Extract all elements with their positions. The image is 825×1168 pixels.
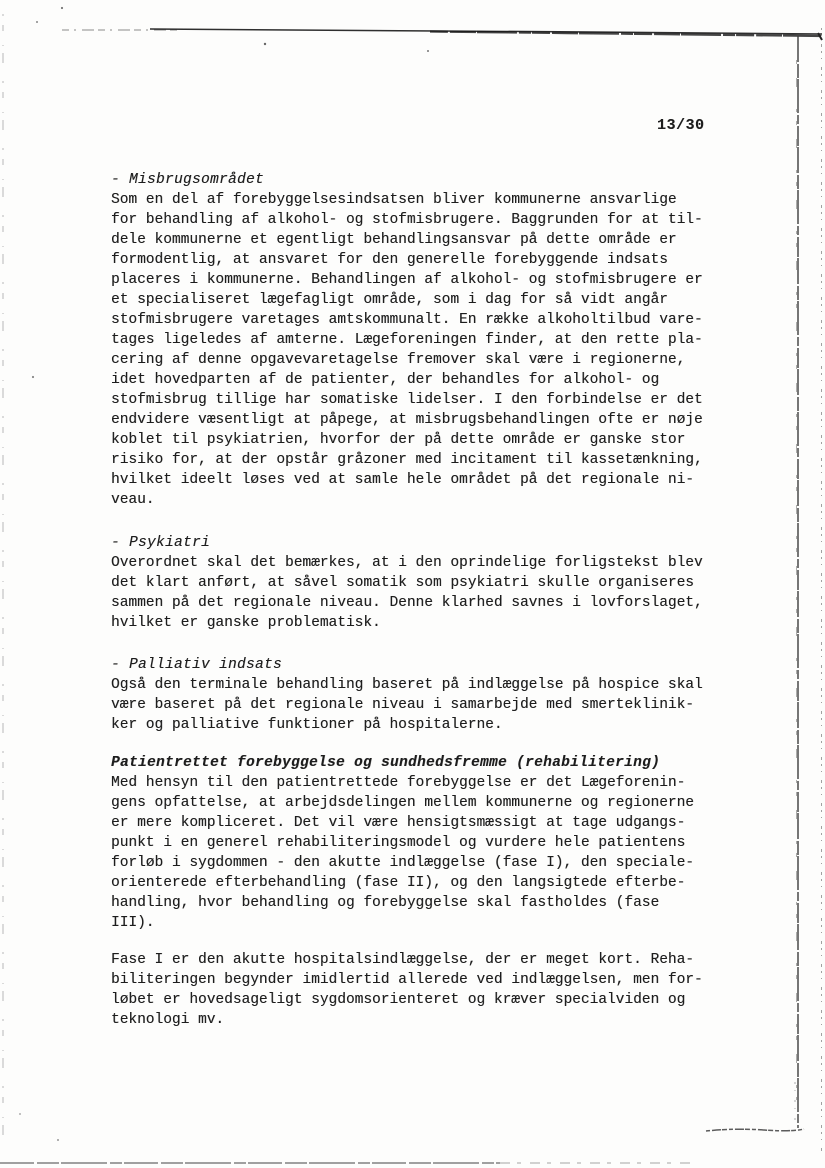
letter-body: - Misbrugsområdet Som en del af forebygg… (111, 170, 736, 1030)
section-fase-1: Fase I er den akutte hospitalsindlæggels… (111, 950, 736, 1030)
scan-speck (57, 1139, 59, 1141)
section-text-fase-1: Fase I er den akutte hospitalsindlæggels… (111, 950, 736, 1030)
scanned-document-page: 13/30 - Misbrugsområdet Som en del af fo… (0, 0, 825, 1168)
scan-edge-top (150, 29, 822, 34)
page-number: 13/30 (657, 117, 705, 134)
section-heading-psykiatri: - Psykiatri (111, 533, 736, 553)
scan-speck (264, 43, 266, 45)
section-palliativ-indsats: - Palliativ indsats Også den terminale b… (111, 655, 736, 735)
section-misbrugsomraadet: - Misbrugsområdet Som en del af forebygg… (111, 170, 736, 510)
section-text-palliativ-indsats: Også den terminale behandling baseret på… (111, 675, 736, 735)
scan-speck (36, 21, 38, 23)
section-patientrettet-forebyggelse: Patientrettet forebyggelse og sundhedsfr… (111, 753, 736, 933)
scan-speck (32, 376, 34, 378)
section-text-misbrugsomraadet: Som en del af forebyggelsesindsatsen bli… (111, 190, 736, 510)
scan-edge-top (430, 32, 821, 37)
scan-mark-bottom-right (706, 1129, 804, 1131)
scan-speck (427, 50, 429, 52)
section-heading-misbrugsomraadet: - Misbrugsområdet (111, 170, 736, 190)
section-text-patientrettet-forebyggelse: Med hensyn til den patientrettede foreby… (111, 773, 736, 933)
scan-speck (61, 7, 63, 9)
section-heading-patientrettet-forebyggelse: Patientrettet forebyggelse og sundhedsfr… (111, 753, 736, 773)
section-text-psykiatri: Overordnet skal det bemærkes, at i den o… (111, 553, 736, 633)
scan-edge-top (818, 33, 822, 40)
section-psykiatri: - Psykiatri Overordnet skal det bemærkes… (111, 533, 736, 633)
scan-speck (19, 1113, 21, 1115)
section-heading-palliativ-indsats: - Palliativ indsats (111, 655, 736, 675)
